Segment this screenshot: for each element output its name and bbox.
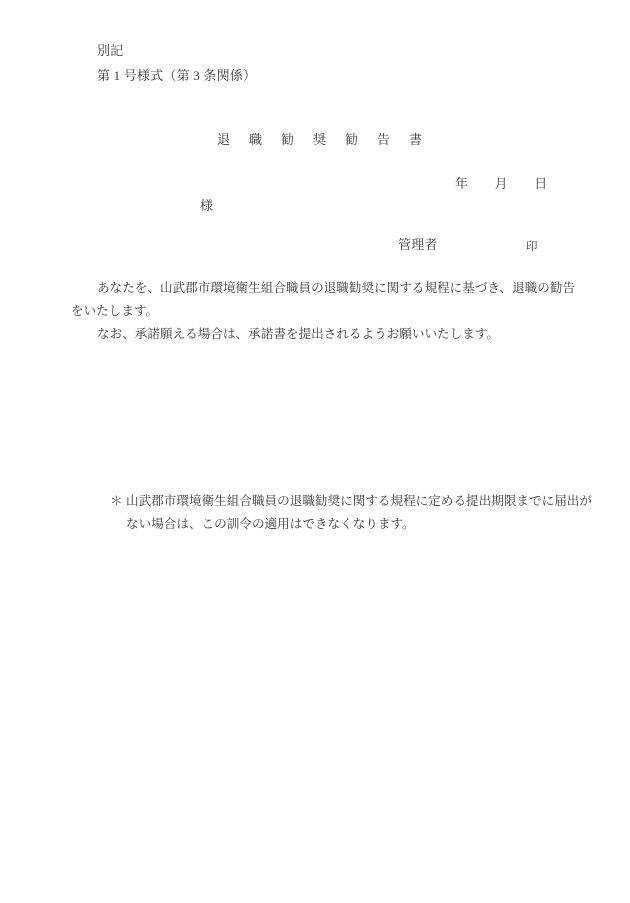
addressee-honorific: 様 [200,199,213,214]
form-number-label: 第 1 号様式（第 3 条関係） [97,69,256,84]
issuer-label: 管理者 [398,238,438,253]
document-title: 退 職 勧 奨 勧 告 書 [217,133,425,148]
body-paragraph1-line1: あなたを、山武郡市環境衛生組合職員の退職勧奨に関する規程に基づき、退職の勧告 [97,281,575,295]
document-page: 別記 第 1 号様式（第 3 条関係） 退 職 勧 奨 勧 告 書 年 月 日 … [0,0,630,903]
note-line2: ない場合は、この訓令の適用はできなくなります。 [126,517,415,531]
annotation-label: 別記 [97,44,123,59]
body-paragraph1-line2: をいたします。 [71,304,158,318]
note-asterisk-marker: ＊ [110,494,123,508]
date-blank-line: 年 月 日 [455,177,547,192]
note-line1: 山武郡市環境衛生組合職員の退職勧奨に関する規程に定める提出期限までに届出が [126,494,592,508]
seal-mark: 印 [526,241,538,254]
body-paragraph2: なお、承諾願える場合は、承諾書を提出されるようお願いいたします。 [97,327,499,341]
